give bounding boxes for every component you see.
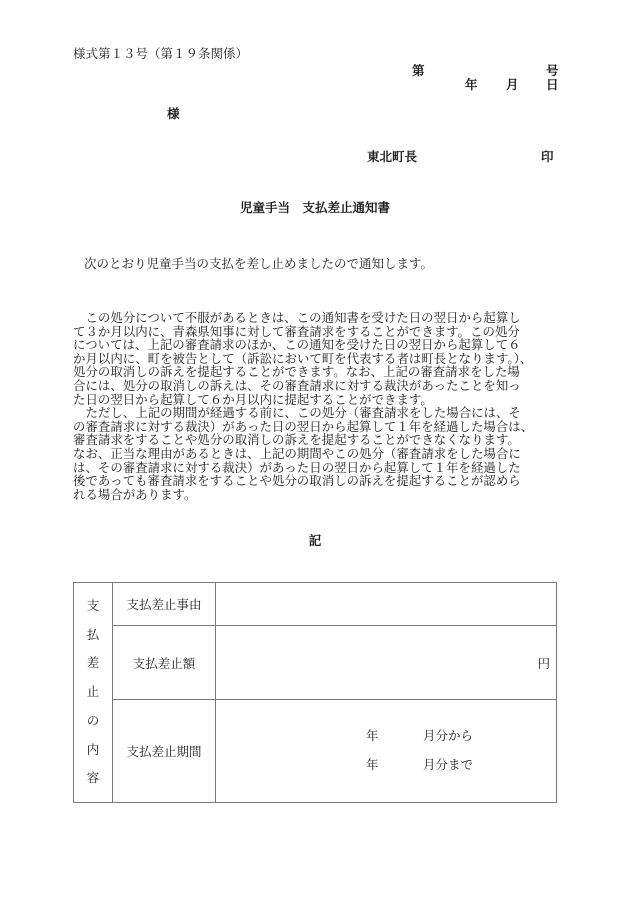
ki-label: 記 [0, 534, 630, 548]
date-day-label: 日 [546, 78, 559, 92]
notice-line: か月以内に、町を被告として（訴訟において町を代表する者は町長となります。）、 [73, 352, 561, 366]
notice-line: 後であっても審査請求をすることや処分の取消しの訴えを提起することが認めら [73, 474, 561, 488]
group-label-char: 支 [74, 592, 112, 621]
document-title: 児童手当 支払差止通知書 [0, 201, 630, 215]
notice-line: この処分について不服があるときは、この通知書を受けた日の翌日から起算し [73, 311, 561, 325]
notice-line: て３か月以内に、青森県知事に対して審査請求をすることができます。この処分 [73, 325, 561, 339]
notice-line: た日の翌日から起算して６か月以内に提起することができます。 [73, 393, 561, 407]
group-label-char: の [74, 707, 112, 736]
notice-line: は、その審査請求に対する裁決）があった日の翌日から起算して１年を経過した [73, 461, 561, 475]
period-to: 年月分まで [366, 755, 473, 773]
period-from-year: 年 [366, 726, 423, 744]
group-label-char: 払 [74, 621, 112, 650]
notice-line: なお、正当な理由があるときは、上記の期間やこの処分（審査請求をした場合に [73, 447, 561, 461]
document-number-prefix: 第 [412, 64, 425, 78]
date-year-label: 年 [465, 78, 478, 92]
amount-label: 支払差止額 [113, 626, 216, 700]
suspension-details-table: 支 払 差 止 の 内 容 支払差止事由 支払差止額 円 支払差止期間 年月分か… [73, 582, 557, 803]
table-row-amount: 支払差止額 円 [74, 626, 557, 700]
date-month-label: 月 [506, 78, 519, 92]
document-number-suffix: 号 [546, 64, 559, 78]
notice-line: 合には、処分の取消しの訴えは、その審査請求に対する裁決があったことを知っ [73, 379, 561, 393]
table-row-reason: 支 払 差 止 の 内 容 支払差止事由 [74, 583, 557, 626]
notice-line: れる場合があります。 [73, 488, 561, 502]
period-from: 年月分から [366, 726, 473, 744]
notice-line: ただし、上記の期間が経過する前に、この処分（審査請求をした場合には、そ [73, 406, 561, 420]
notice-line: については、上記の審査請求のほか、この通知を受けた日の翌日から起算して６ [73, 338, 561, 352]
notice-line: 処分の取消しの訴えを提起することができます。なお、上記の審査請求をした場 [73, 365, 561, 379]
group-label-char: 差 [74, 649, 112, 678]
period-label: 支払差止期間 [113, 700, 216, 803]
period-from-month: 月分から [423, 728, 473, 743]
group-label-char: 容 [74, 764, 112, 793]
table-row-period: 支払差止期間 年月分から 年月分まで [74, 700, 557, 803]
yen-unit: 円 [537, 654, 550, 672]
appeal-notice: この処分について不服があるときは、この通知書を受けた日の翌日から起算し て３か月… [73, 311, 561, 501]
notice-line: 審査請求をすることや処分の取消しの訴えを提起することができなくなります。 [73, 433, 561, 447]
amount-value-field[interactable]: 円 [216, 626, 557, 700]
reason-value-field[interactable] [216, 583, 557, 626]
form-number: 様式第１３号（第１９条関係） [73, 47, 248, 61]
period-value-field[interactable]: 年月分から 年月分まで [216, 700, 557, 803]
seal-mark: 印 [541, 150, 554, 164]
period-to-year: 年 [366, 755, 423, 773]
recipient-suffix: 様 [167, 107, 180, 121]
issuer-name: 東北町長 [367, 150, 417, 164]
reason-label: 支払差止事由 [113, 583, 216, 626]
group-label-char: 内 [74, 736, 112, 765]
period-to-month: 月分まで [423, 757, 473, 772]
intro-text: 次のとおり児童手当の支払を差し止めましたので通知します。 [84, 257, 433, 271]
group-label-vertical: 支 払 差 止 の 内 容 [74, 583, 113, 803]
notice-line: の審査請求に対する裁決）があった日の翌日から起算して１年を経過した場合は、 [73, 420, 561, 434]
group-label-char: 止 [74, 678, 112, 707]
